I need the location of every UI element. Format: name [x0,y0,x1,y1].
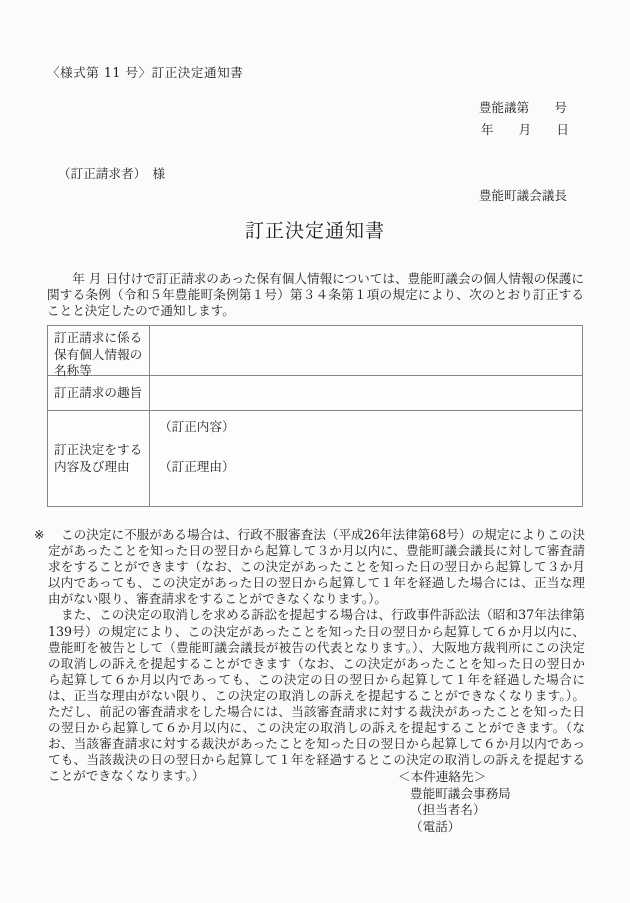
document-title: 訂正決定通知書 [0,216,630,243]
contact-header: ＜本件連絡先＞ [398,769,511,786]
appeal-note-lawsuit: また、この決定の取消しを求める訴訟を提起する場合は、行政事件訴訟法（昭和37年法… [48,607,585,784]
addressee-line: （訂正請求者） 様 [58,163,165,182]
contact-phone: （電話） [410,819,511,836]
appeal-notes: この決定に不服がある場合は、行政不服審査法（平成26年法律第68号）の規定により… [48,527,585,785]
date-line: 年 月 日 [481,119,569,138]
body-paragraph: 年 月 日付けで訂正請求のあった保有個人情報については、豊能町議会の個人情報の保… [47,271,584,320]
appeal-note-administrative-review: この決定に不服がある場合は、行政不服審査法（平成26年法律第68号）の規定により… [48,527,585,607]
contact-block: ＜本件連絡先＞ 豊能町議会事務局 （担当者名） （電話） [398,769,511,835]
row-label-request-purpose: 訂正請求の趣旨 [48,376,150,410]
row-value-information-name [150,326,582,375]
table-row-request-purpose: 訂正請求の趣旨 [48,375,582,410]
row-value-decision-content: （訂正内容） （訂正理由） [150,411,582,506]
row-label-information-name: 訂正請求に係る 保有個人情報の 名称等 [48,326,150,375]
row-value-request-purpose [150,376,582,410]
contact-office: 豊能町議会事務局 [410,786,511,803]
info-table: 訂正請求に係る 保有個人情報の 名称等 訂正請求の趣旨 訂正決定をする 内容及び… [47,325,583,507]
document-page: 〈様式第 11 号〉訂正決定通知書 豊能議第 号 年 月 日 （訂正請求者） 様… [0,0,630,903]
sender-title: 豊能町議会議長 [479,185,567,204]
document-number-line: 豊能議第 号 [479,97,567,116]
form-style-label: 〈様式第 11 号〉訂正決定通知書 [47,62,243,81]
note-asterisk-marker: ※ [34,527,45,542]
table-row-information-name: 訂正請求に係る 保有個人情報の 名称等 [48,326,582,375]
row-label-decision-content: 訂正決定をする 内容及び理由 [48,411,150,506]
contact-person: （担当者名） [410,802,511,819]
table-row-decision-content: 訂正決定をする 内容及び理由 （訂正内容） （訂正理由） [48,410,582,506]
